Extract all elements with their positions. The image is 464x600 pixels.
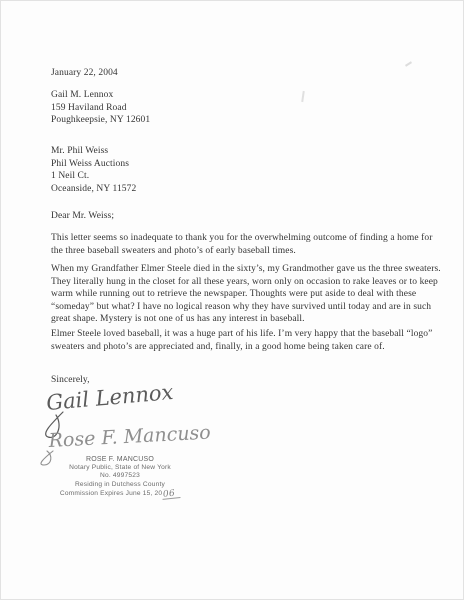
- notary-stamp-expiry-line: Commission Expires June 15, 2006: [35, 489, 205, 498]
- notary-stamp-name: ROSE F. MANCUSO: [35, 456, 205, 464]
- scan-smudge: [405, 61, 412, 66]
- recipient-company: Phil Weiss Auctions: [51, 158, 136, 171]
- letter-date: January 22, 2004: [51, 67, 118, 80]
- sender-address-line1: 159 Haviland Road: [51, 102, 150, 115]
- paragraph-3: Elmer Steele loved baseball, it was a hu…: [51, 328, 445, 353]
- notary-stamp-number: No. 4997523: [35, 472, 205, 480]
- sender-name: Gail M. Lennox: [51, 89, 150, 102]
- notary-stamp-residing: Residing in Dutchess County: [35, 481, 205, 489]
- salutation: Dear Mr. Weiss;: [51, 210, 114, 223]
- scan-smudge: [301, 91, 305, 102]
- recipient-address-line2: Oceanside, NY 11572: [51, 183, 136, 196]
- paragraph-2: When my Grandfather Elmer Steele died in…: [51, 263, 445, 326]
- recipient-address-line1: 1 Neil Ct.: [51, 170, 136, 183]
- notary-signature-text: Rose F. Mancuso: [47, 422, 211, 453]
- recipient-address-block: Mr. Phil Weiss Phil Weiss Auctions 1 Nei…: [51, 145, 136, 195]
- scanned-letter-page: January 22, 2004 Gail M. Lennox 159 Havi…: [0, 0, 464, 600]
- paragraph-1: This letter seems so inadequate to thank…: [51, 232, 445, 257]
- sender-signature-text: Gail Lennox: [45, 380, 174, 415]
- recipient-name: Mr. Phil Weiss: [51, 145, 136, 158]
- notary-stamp-title: Notary Public, State of New York: [35, 464, 205, 472]
- notary-stamp-expiry-prefix: Commission Expires June 15, 20: [60, 490, 162, 497]
- sender-address-block: Gail M. Lennox 159 Haviland Road Poughke…: [51, 89, 150, 127]
- notary-stamp: ROSE F. MANCUSO Notary Public, State of …: [35, 456, 205, 498]
- sender-address-line2: Poughkeepsie, NY 12601: [51, 114, 150, 127]
- handwritten-expiry-year: 06: [162, 489, 181, 500]
